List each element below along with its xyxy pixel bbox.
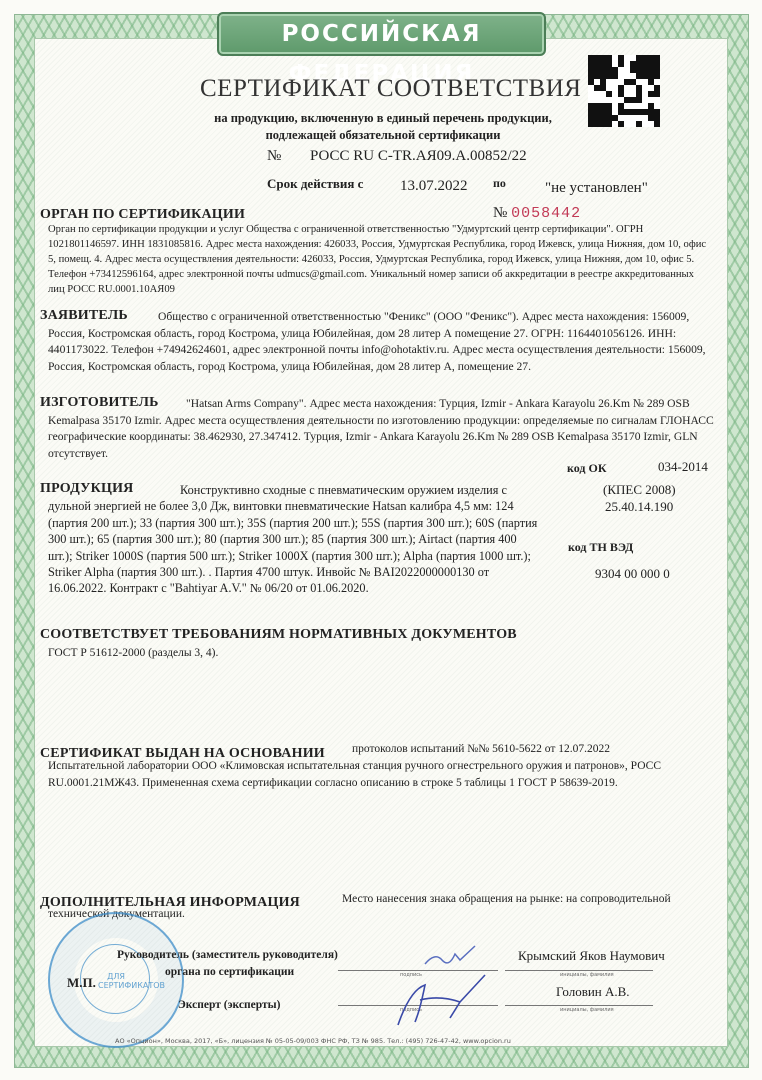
document-title: СЕРТИФИКАТ СООТВЕТСТВИЯ [200,75,581,103]
expert-name-line [505,1005,653,1006]
validity-label: Срок действия с [267,176,363,192]
country-banner: РОССИЙСКАЯ ФЕДЕРАЦИЯ [217,12,546,56]
tnved-value: 9304 00 000 0 [595,566,670,582]
stamp-text: ДЛЯ СЕРТИФИКАТОВ [98,972,134,990]
expert-signature-icon [390,970,500,1030]
basis-text: Испытательной лаборатории ООО «Климовска… [48,758,720,792]
conformity-text: ГОСТ Р 51612-2000 (разделы 3, 4). [48,646,218,662]
document-subtitle: на продукцию, включенную в единый перече… [190,110,576,144]
basis-protocols: протоколов испытаний №№ 5610-5622 от 12.… [352,742,610,758]
ok-code-classifier: (КПЕС 2008) [603,482,676,498]
validity-to: "не установлен" [545,180,648,197]
tnved-label: код ТН ВЭД [568,540,633,555]
number-sign: № [267,148,281,165]
manufacturer-text: "Hatsan Arms Company". Адрес места нахож… [48,396,720,462]
serial-sign: № [493,205,507,221]
certificate-number: РОСС RU C-TR.АЯ09.А.00852/22 [310,148,527,165]
product-text: Конструктивно сходные с пневматическим о… [48,482,543,597]
conformity-heading: СООТВЕТСТВУЕТ ТРЕБОВАНИЯМ НОРМАТИВНЫХ ДО… [40,627,517,643]
head-name-caption: инициалы, фамилия [560,972,614,978]
ok-code-standard: 034-2014 [658,459,708,475]
expert-name: Головин А.В. [556,984,630,1000]
head-label: Руководитель (заместитель руководителя) [117,949,338,961]
printer-imprint: АО «Опцион», Москва, 2017, «Б», лицензия… [115,1037,511,1045]
head-name-line [505,970,653,971]
ok-code-value: 25.40.14.190 [605,499,673,515]
expert-label: Эксперт (эксперты) [178,999,280,1011]
serial-value: 0058442 [511,205,581,222]
validity-to-label: по [493,176,506,191]
additional-info-inline: Место нанесения знака обращения на рынке… [342,892,671,908]
certification-body-heading: ОРГАН ПО СЕРТИФИКАЦИИ [40,207,245,223]
applicant-text: Общество с ограниченной ответственностью… [48,309,720,375]
certification-body-text: Орган по сертификации продукции и услуг … [48,222,713,297]
head-label-line2: органа по сертификации [165,966,294,978]
qr-code-icon [588,55,660,127]
mp-label: М.П. [67,975,96,991]
serial-number: № 0058442 [493,205,581,222]
expert-name-caption: инициалы, фамилия [560,1007,614,1013]
head-signature-icon [420,942,480,972]
validity-from: 13.07.2022 [400,178,468,195]
ok-code-label: код ОК [567,461,607,476]
head-name: Крымский Яков Наумович [518,948,665,964]
